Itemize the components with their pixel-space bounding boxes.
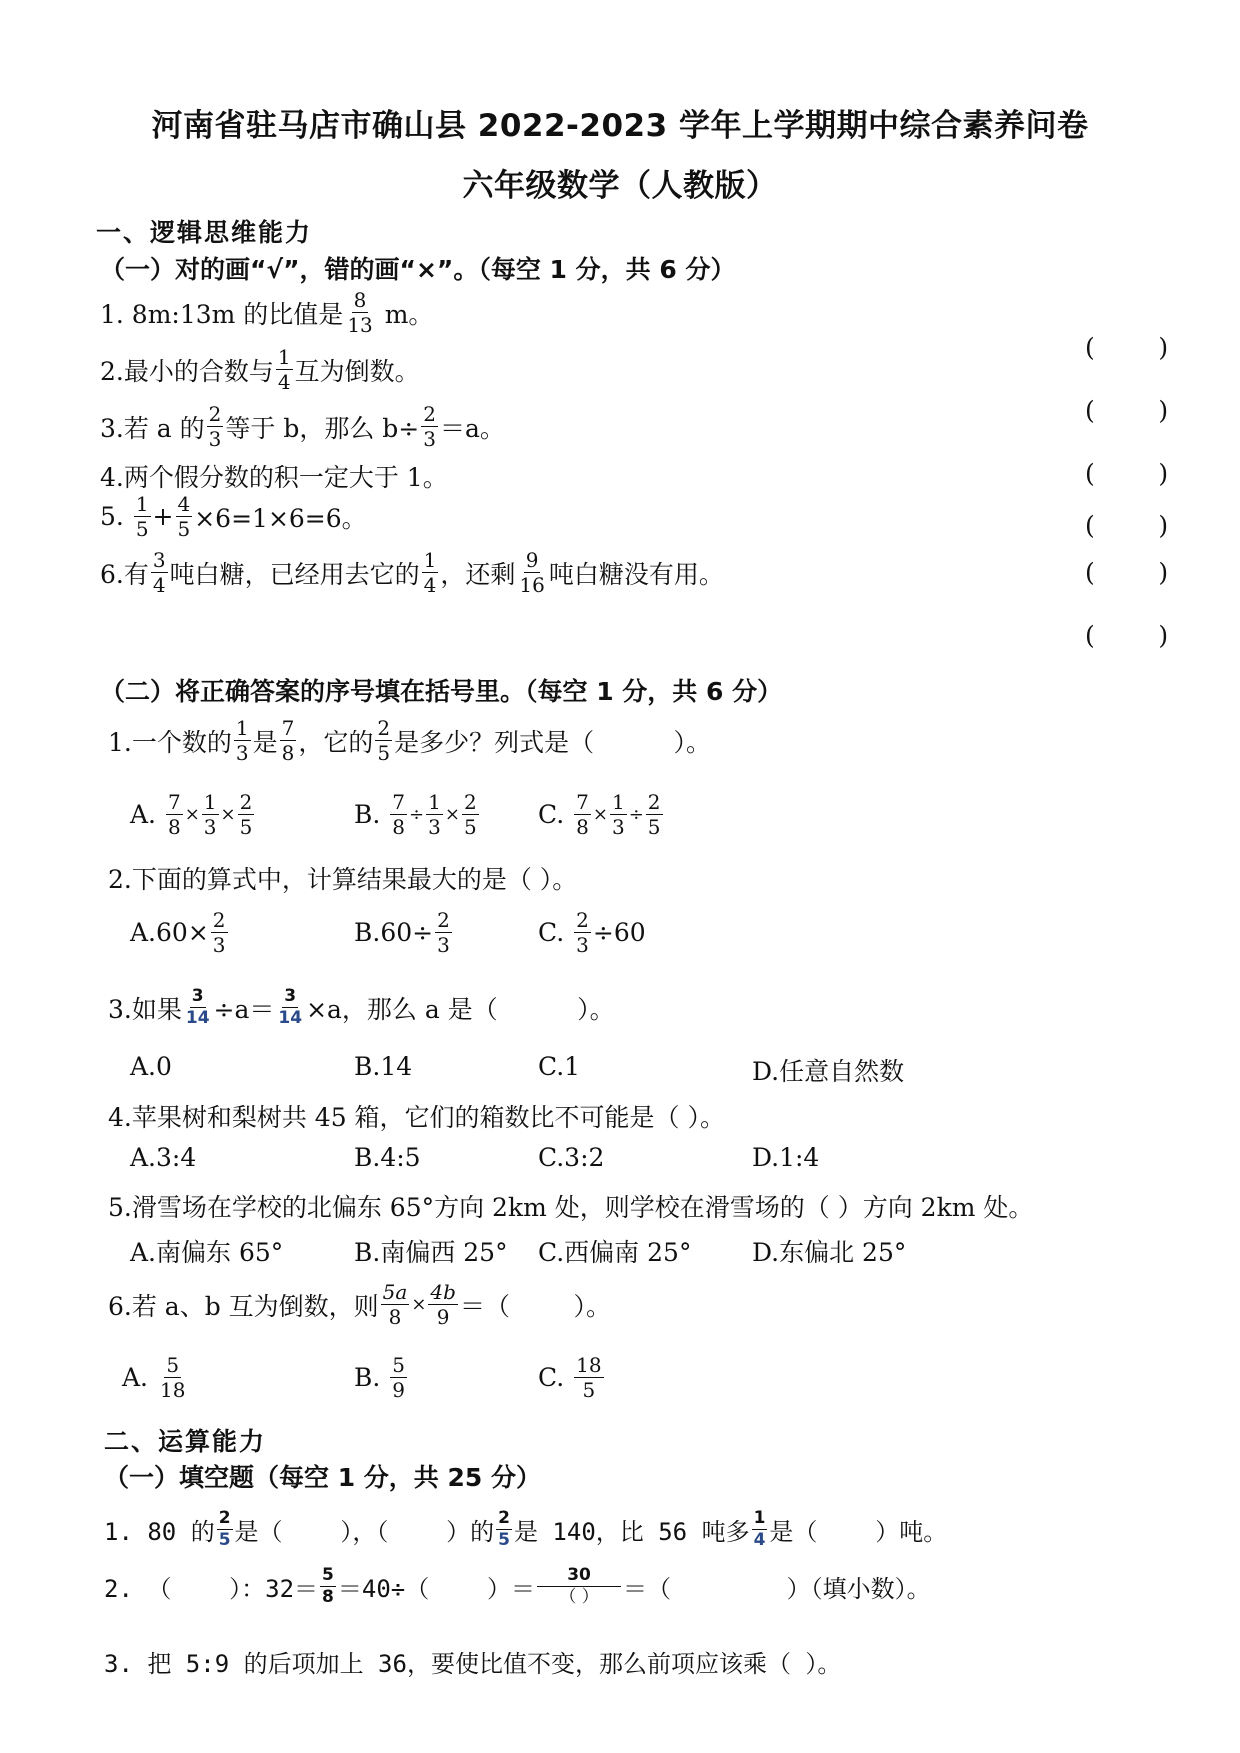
part-heading-true-false: （一）对的画“√”，错的画“×”。（每空 1 分，共 6 分） [100, 250, 735, 286]
section-heading-logic: 一、逻辑思维能力 [96, 213, 312, 249]
fraction: 23 [421, 404, 438, 449]
fill-question-1: 1. 80 的 25 是（ ），（ ）的 25 是 140，比 56 吨多 14… [104, 1510, 947, 1549]
mc-question-6: 6.若 a、b 互为倒数，则 5a8 × 4b9 ＝（ ）。 [108, 1282, 611, 1327]
part-heading-fill-blank: （一）填空题（每空 1 分，共 25 分） [104, 1458, 541, 1494]
mc-question-3: 3.如果 314 ÷a＝ 314 ×a，那么 a 是（ ）。 [108, 988, 615, 1027]
mc3-option-c[interactable]: C.1 [538, 1052, 580, 1081]
mc3-option-b[interactable]: B.14 [354, 1052, 412, 1081]
fraction: 14 [276, 347, 293, 392]
section-heading-computation: 二、运算能力 [104, 1422, 266, 1458]
mc6-option-b[interactable]: B. 59 [354, 1355, 409, 1400]
mc1-option-b[interactable]: B. 78÷13×25 [354, 792, 481, 837]
tf-question-6: 6.有 34 吨白糖，已经用去它的 14 ，还剩 916 吨白糖没有用。 [100, 550, 724, 595]
fraction: 15 [134, 494, 151, 539]
answer-blank-3[interactable]: ( ) [1085, 459, 1168, 488]
answer-blank-2[interactable]: ( ) [1085, 396, 1168, 425]
mc1-option-c[interactable]: C. 78×13÷25 [538, 792, 665, 837]
mc4-option-d[interactable]: D.1:4 [752, 1143, 819, 1172]
fill-question-2: 2. （ ）：32＝ 58 ＝40÷（ ）＝ 30（ ） ＝（ ）（填小数）。 [104, 1567, 931, 1606]
tf-question-1: 1. 8m:13m 的比值是 813 m。 [100, 290, 433, 335]
mc2-option-b[interactable]: B.60÷ 23 [354, 910, 454, 955]
document-subtitle: 六年级数学（人教版） [0, 160, 1240, 205]
mc5-option-c[interactable]: C.西偏南 25° [538, 1233, 691, 1269]
mc-question-2: 2.下面的算式中，计算结果最大的是（ ）。 [108, 860, 577, 896]
answer-blank-5[interactable]: ( ) [1085, 558, 1168, 587]
tf-question-4: 4.两个假分数的积一定大于 1。 [100, 458, 448, 494]
mc-question-5: 5.滑雪场在学校的北偏东 65°方向 2km 处，则学校在滑雪场的（ ）方向 2… [108, 1188, 1033, 1224]
fraction: 23 [207, 404, 224, 449]
mc5-option-d[interactable]: D.东偏北 25° [752, 1233, 906, 1269]
mc3-option-d[interactable]: D.任意自然数 [752, 1052, 904, 1088]
fraction: 45 [176, 494, 193, 539]
mc4-option-b[interactable]: B.4:5 [354, 1143, 421, 1172]
mc2-option-a[interactable]: A.60× 23 [130, 910, 230, 955]
answer-blank-1[interactable]: ( ) [1085, 333, 1168, 362]
tf-question-2: 2.最小的合数与 14 互为倒数。 [100, 347, 420, 392]
mc6-option-a[interactable]: A. 518 [122, 1355, 189, 1400]
answer-blank-6[interactable]: ( ) [1085, 621, 1168, 650]
mc2-option-c[interactable]: C. 23 ÷60 [538, 910, 646, 955]
tf-question-3: 3.若 a 的 23 等于 b，那么 b÷ 23 ＝a。 [100, 404, 505, 449]
fraction: 34 [151, 550, 168, 595]
mc1-option-a[interactable]: A. 78×13×25 [130, 792, 256, 837]
document-title: 河南省驻马店市确山县 2022-2023 学年上学期期中综合素养问卷 [0, 100, 1240, 145]
fraction: 14 [422, 550, 439, 595]
mc6-option-c[interactable]: C. 185 [538, 1355, 606, 1400]
fill-question-3: 3. 把 5:9 的后项加上 36，要使比值不变，那么前项应该乘（ ）。 [104, 1644, 841, 1679]
mc3-option-a[interactable]: A.0 [130, 1052, 172, 1081]
tf-question-5: 5. 15 + 45 ×6=1×6=6。 [100, 494, 367, 539]
part-heading-multiple-choice: （二）将正确答案的序号填在括号里。（每空 1 分，共 6 分） [100, 672, 782, 708]
mc4-option-c[interactable]: C.3:2 [538, 1143, 604, 1172]
answer-blank-4[interactable]: ( ) [1085, 511, 1168, 540]
mc-question-4: 4.苹果树和梨树共 45 箱，它们的箱数比不可能是（ ）。 [108, 1098, 725, 1134]
mc5-option-b[interactable]: B.南偏西 25° [354, 1233, 508, 1269]
fraction: 813 [345, 290, 374, 335]
mc4-option-a[interactable]: A.3:4 [130, 1143, 196, 1172]
mc-question-1: 1.一个数的 13 是 78 ，它的 25 是多少？列式是（ ）。 [108, 718, 711, 763]
fraction: 916 [517, 550, 546, 595]
mc5-option-a[interactable]: A.南偏东 65° [130, 1233, 283, 1269]
